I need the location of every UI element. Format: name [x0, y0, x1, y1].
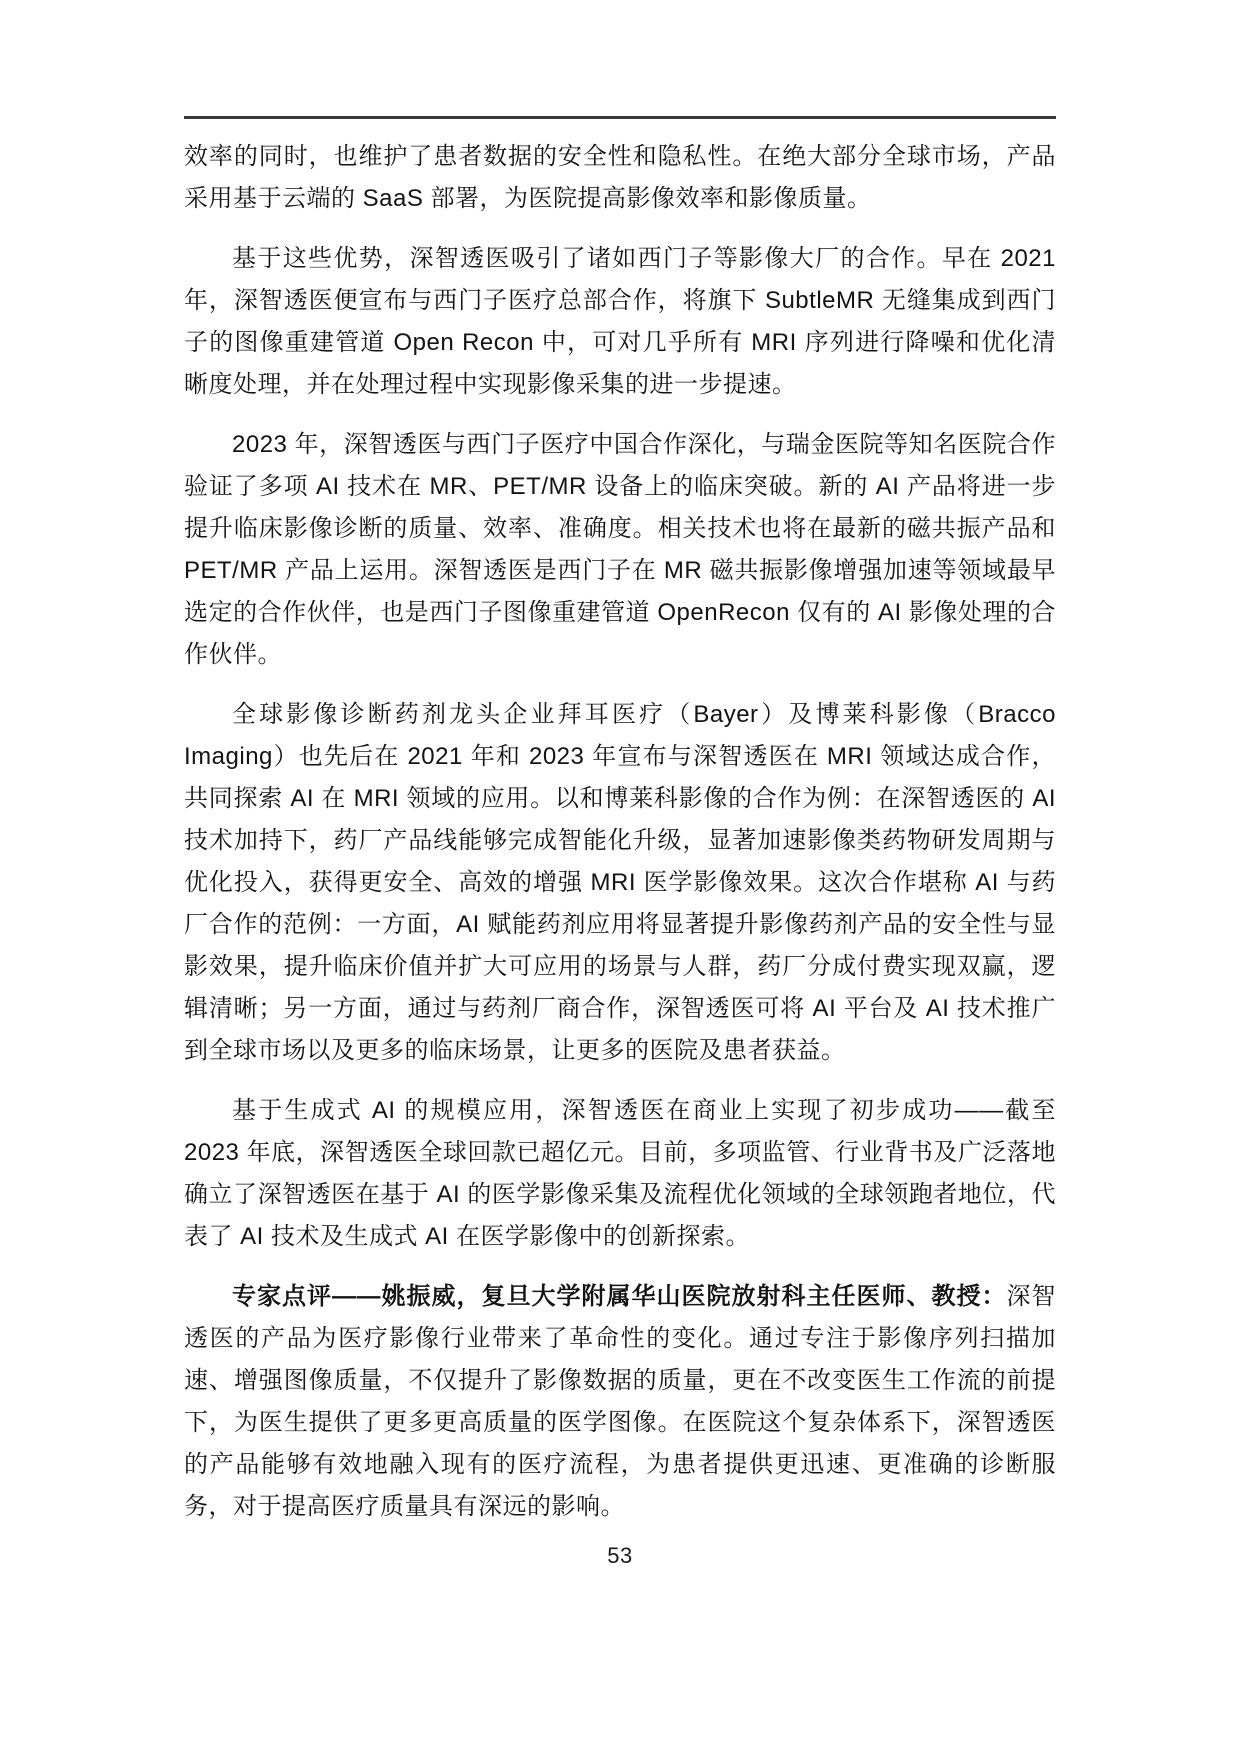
body-paragraph-siemens-partnership: 基于这些优势，深智透医吸引了诸如西门子等影像大厂的合作。早在 2021 年，深智… [184, 238, 1056, 406]
header-divider-rule [184, 116, 1056, 119]
body-paragraph-2023-cooperation: 2023 年，深智透医与西门子医疗中国合作深化，与瑞金医院等知名医院合作验证了多… [184, 424, 1056, 676]
body-paragraph-continuation: 效率的同时，也维护了患者数据的安全性和隐私性。在绝大部分全球市场，产品采用基于云… [184, 136, 1056, 220]
expert-comment-lead: 专家点评——姚振威，复旦大学附属华山医院放射科主任医师、教授： [232, 1283, 1007, 1310]
body-paragraph-bayer-bracco: 全球影像诊断药剂龙头企业拜耳医疗（Bayer）及博莱科影像（Bracco Ima… [184, 694, 1056, 1072]
expert-comment-body: 深智透医的产品为医疗影像行业带来了革命性的变化。通过专注于影像序列扫描加速、增强… [184, 1283, 1056, 1520]
body-paragraph-commercial-success: 基于生成式 AI 的规模应用，深智透医在商业上实现了初步成功——截至 2023 … [184, 1090, 1056, 1258]
page-content: 效率的同时，也维护了患者数据的安全性和隐私性。在绝大部分全球市场，产品采用基于云… [184, 136, 1056, 1528]
expert-comment-paragraph: 专家点评——姚振威，复旦大学附属华山医院放射科主任医师、教授：深智透医的产品为医… [184, 1276, 1056, 1528]
page-number: 53 [0, 1543, 1240, 1569]
document-page: 效率的同时，也维护了患者数据的安全性和隐私性。在绝大部分全球市场，产品采用基于云… [0, 0, 1240, 1754]
